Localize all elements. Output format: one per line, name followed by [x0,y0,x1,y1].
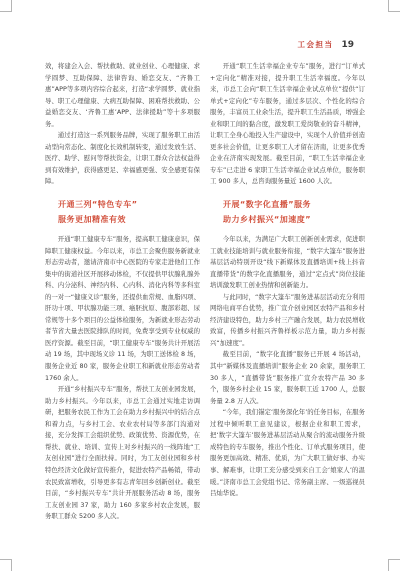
crop-mark-bottom-right [388,559,400,571]
paragraph: 开通“职工生活幸福企业专车”服务，进行“订单式+定向化”精准对接，提升职工生活幸… [210,61,365,188]
right-column: 开通“职工生活幸福企业专车”服务，进行“订单式+定向化”精准对接，提升职工生活幸… [210,61,365,523]
crop-mark-bottom-left [0,559,12,571]
left-column: 效，将建会入会、帮扶救助、就业创业、心理健康、求学圆梦、互助保障、法律咨询、婚恋… [45,61,200,523]
paragraph: 开通“职工健康专车”服务，提高职工健康意识，保障职工健康权益。今年以来，市总工会… [45,234,200,384]
heading-line-1: 开展“数字化直播”服务 [223,200,311,209]
paragraph: 截至目前，“数字化直播”服务已开展 4 场活动，其中“新媒体及直播培训”服务企业… [210,349,365,407]
page-header: 工会担当 19 [297,39,354,50]
paragraph: 与此同时，“数字大篷车”服务进基层活动充分利用网络电商平台优势，推广宣介创业园区… [210,292,365,350]
crop-mark-top-left [0,0,12,12]
crop-mark-top-right [388,0,400,12]
section-label: 工会担当 [297,39,333,50]
paragraph-continuation: 效，将建会入会、帮扶救助、就业创业、心理健康、求学圆梦、互助保障、法律咨询、婚恋… [45,61,200,130]
magazine-page: 工会担当 19 效，将建会入会、帮扶救助、就业创业、心理健康、求学圆梦、互助保障… [0,0,400,571]
heading-line-2: 服务更加精准有效 [58,215,126,224]
heading-line-2: 助力乡村振兴“加速度” [223,215,311,224]
paragraph: 通过打造这一系列服务品牌，实现了服务职工由活动型向常态化、制度化长效机制转变，通… [45,130,200,188]
heading-line-1: 开通三列“特色专车” [58,200,138,209]
paragraph: 开通“乡村振兴专车”服务，帮扶工友创业园发展，助力乡村振兴。今年以来，市总工会通… [45,384,200,523]
article-body: 效，将建会入会、帮扶救助、就业创业、心理健康、求学圆梦、互助保障、法律咨询、婚恋… [45,61,365,523]
section-heading-digital-livestream: 开展“数字化直播”服务 助力乡村振兴“加速度” [210,197,365,227]
section-heading-special-trains: 开通三列“特色专车” 服务更加精准有效 [45,197,200,227]
paragraph: 今年以来，为满足广大职工创新创业需求，促进职工就业技能培训与就业服务衔接，“数字… [210,234,365,292]
paragraph: “今年，我们锚定‘服务深化年’的任务目标，在服务过程中倾听职工意见建议，根据企业… [210,407,365,499]
page-number: 19 [341,40,354,50]
